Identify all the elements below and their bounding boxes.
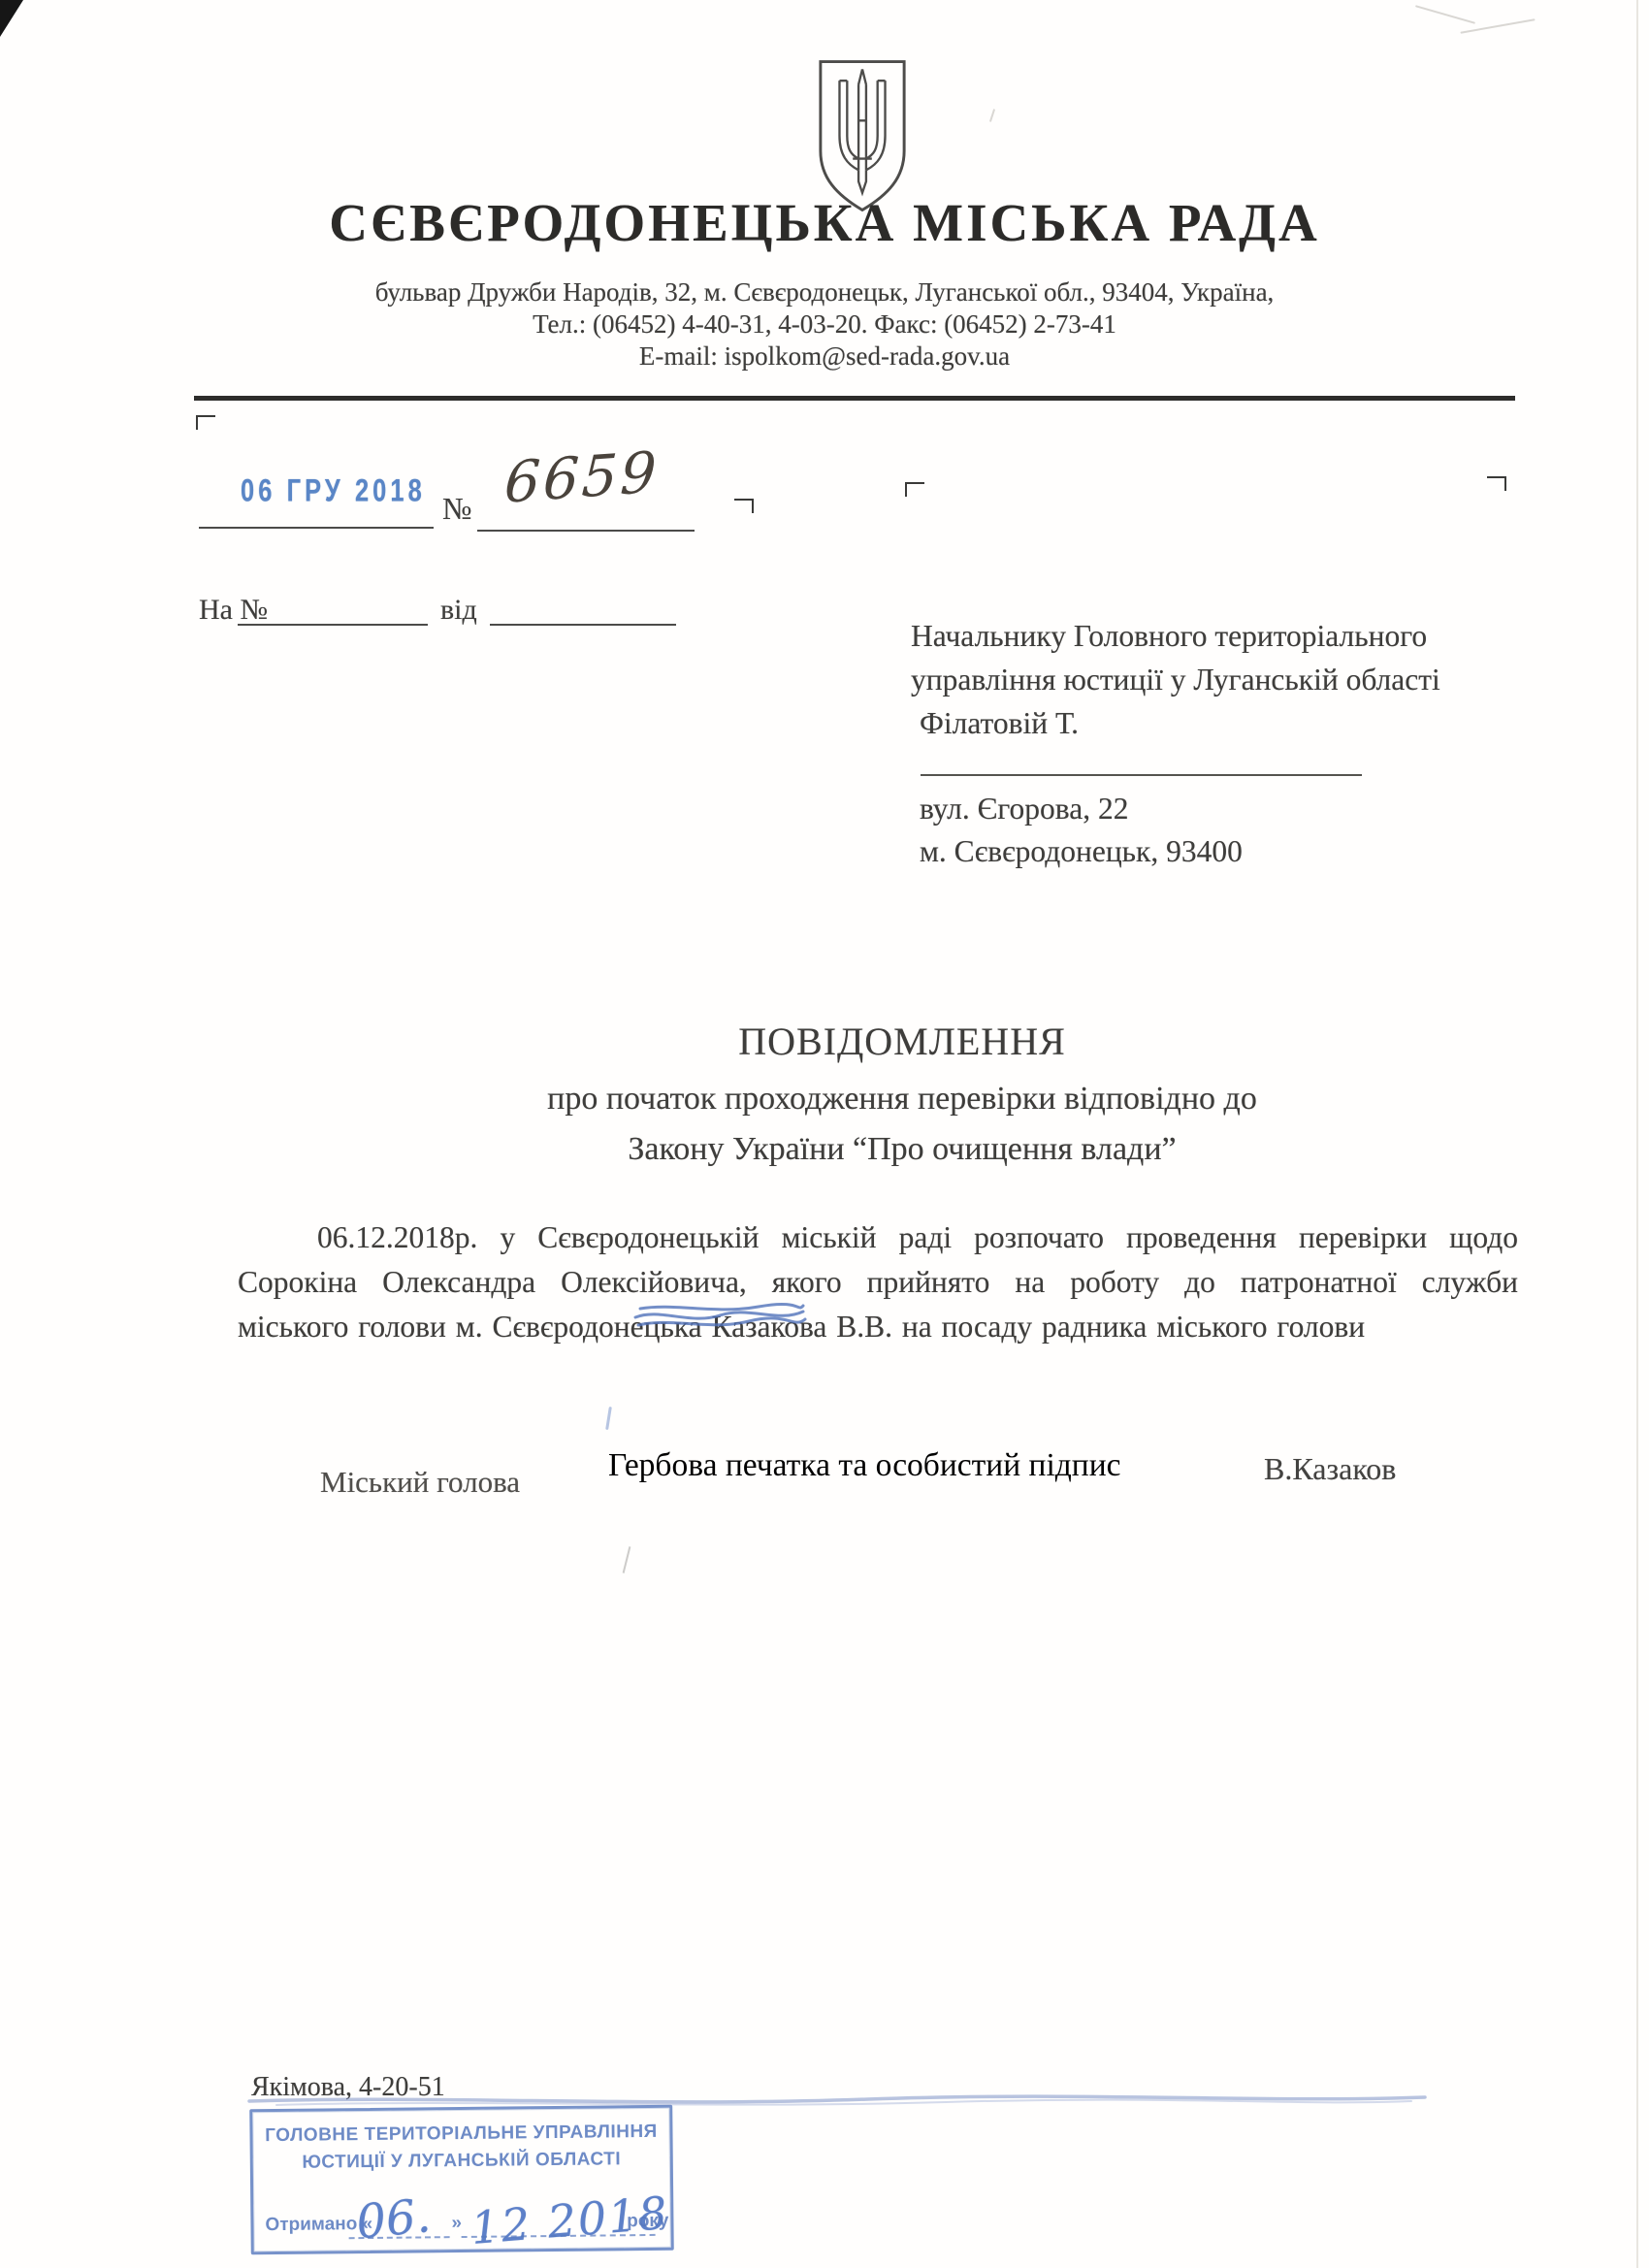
pen-strikethrough-mark <box>630 1294 810 1337</box>
reply-to-number-label: На № <box>199 594 268 627</box>
receipt-stamp: ГОЛОВНЕ ТЕРИТОРІАЛЬНЕ УПРАВЛІННЯ ЮСТИЦІЇ… <box>249 2105 674 2255</box>
header-divider <box>194 396 1515 401</box>
receipt-stamp-org-line: ГОЛОВНЕ ТЕРИТОРІАЛЬНЕ УПРАВЛІННЯ <box>252 2122 669 2148</box>
org-address-line1: бульвар Дружби Народів, 32, м. Сєвєродон… <box>0 277 1649 308</box>
blank-line <box>490 624 676 626</box>
signer-name: В.Казаков <box>1264 1451 1396 1487</box>
recipient-line: Начальнику Головного територіального <box>911 619 1427 654</box>
org-email-line: E-mail: ispolkom@sed-rada.gov.ua <box>0 341 1649 372</box>
pencil-mark <box>989 109 995 122</box>
recipient-name: Філатовій Т. <box>920 706 1079 741</box>
corner-mark-icon <box>905 482 924 497</box>
blank-line <box>477 530 695 532</box>
corner-mark-icon <box>734 499 754 513</box>
handwritten-day: 06. <box>354 2188 433 2250</box>
stray-pen-mark <box>623 1546 631 1573</box>
corner-mark-icon <box>196 415 215 430</box>
recipient-line: управління юстиції у Луганській області <box>911 663 1440 697</box>
scan-corner-artifact <box>0 0 23 37</box>
blank-line <box>199 527 434 529</box>
document-subtitle-line: Закону України “Про очищення влади” <box>262 1131 1542 1168</box>
closing-quote: » <box>451 2213 462 2234</box>
year-label: року <box>627 2211 669 2232</box>
document-subtitle-line: про початок проходження перевірки відпов… <box>262 1081 1542 1118</box>
pencil-mark <box>1415 5 1475 24</box>
signer-position-title: Міський голова <box>320 1465 520 1500</box>
incoming-date-stamp: 06 ГРУ 2018 <box>241 472 426 509</box>
document-title: ПОВІДОМЛЕННЯ <box>262 1019 1542 1064</box>
number-sign: № <box>442 491 472 527</box>
organization-name: СЄВЄРОДОНЕЦЬКА МІСЬКА РАДА <box>0 192 1649 253</box>
scanned-document-page: СЄВЄРОДОНЕЦЬКА МІСЬКА РАДА бульвар Дружб… <box>0 0 1649 2268</box>
stray-ink-mark <box>605 1407 612 1430</box>
stamp-and-signature-note: Гербова печатка та особистий підпис <box>608 1447 1121 1484</box>
body-text-line: міського голови м. Сєвєродонецька Казако… <box>238 1308 1518 1346</box>
blank-line <box>921 774 1362 776</box>
recipient-street: вул. Єгорова, 22 <box>920 792 1129 826</box>
receipt-stamp-org-line: ЮСТИЦІЇ У ЛУГАНСЬКІЙ ОБЛАСТІ <box>253 2149 670 2175</box>
handwritten-outgoing-number: 6659 <box>502 438 661 516</box>
reply-from-date-label: від <box>440 594 477 627</box>
scan-edge-line <box>1636 0 1638 2268</box>
recipient-city: м. Сєвєродонецьк, 93400 <box>920 834 1243 869</box>
blank-line <box>238 624 428 626</box>
org-phone-fax-line: Тел.: (06452) 4-40-31, 4-03-20. Факс: (0… <box>0 309 1649 340</box>
corner-mark-icon <box>1487 476 1506 491</box>
